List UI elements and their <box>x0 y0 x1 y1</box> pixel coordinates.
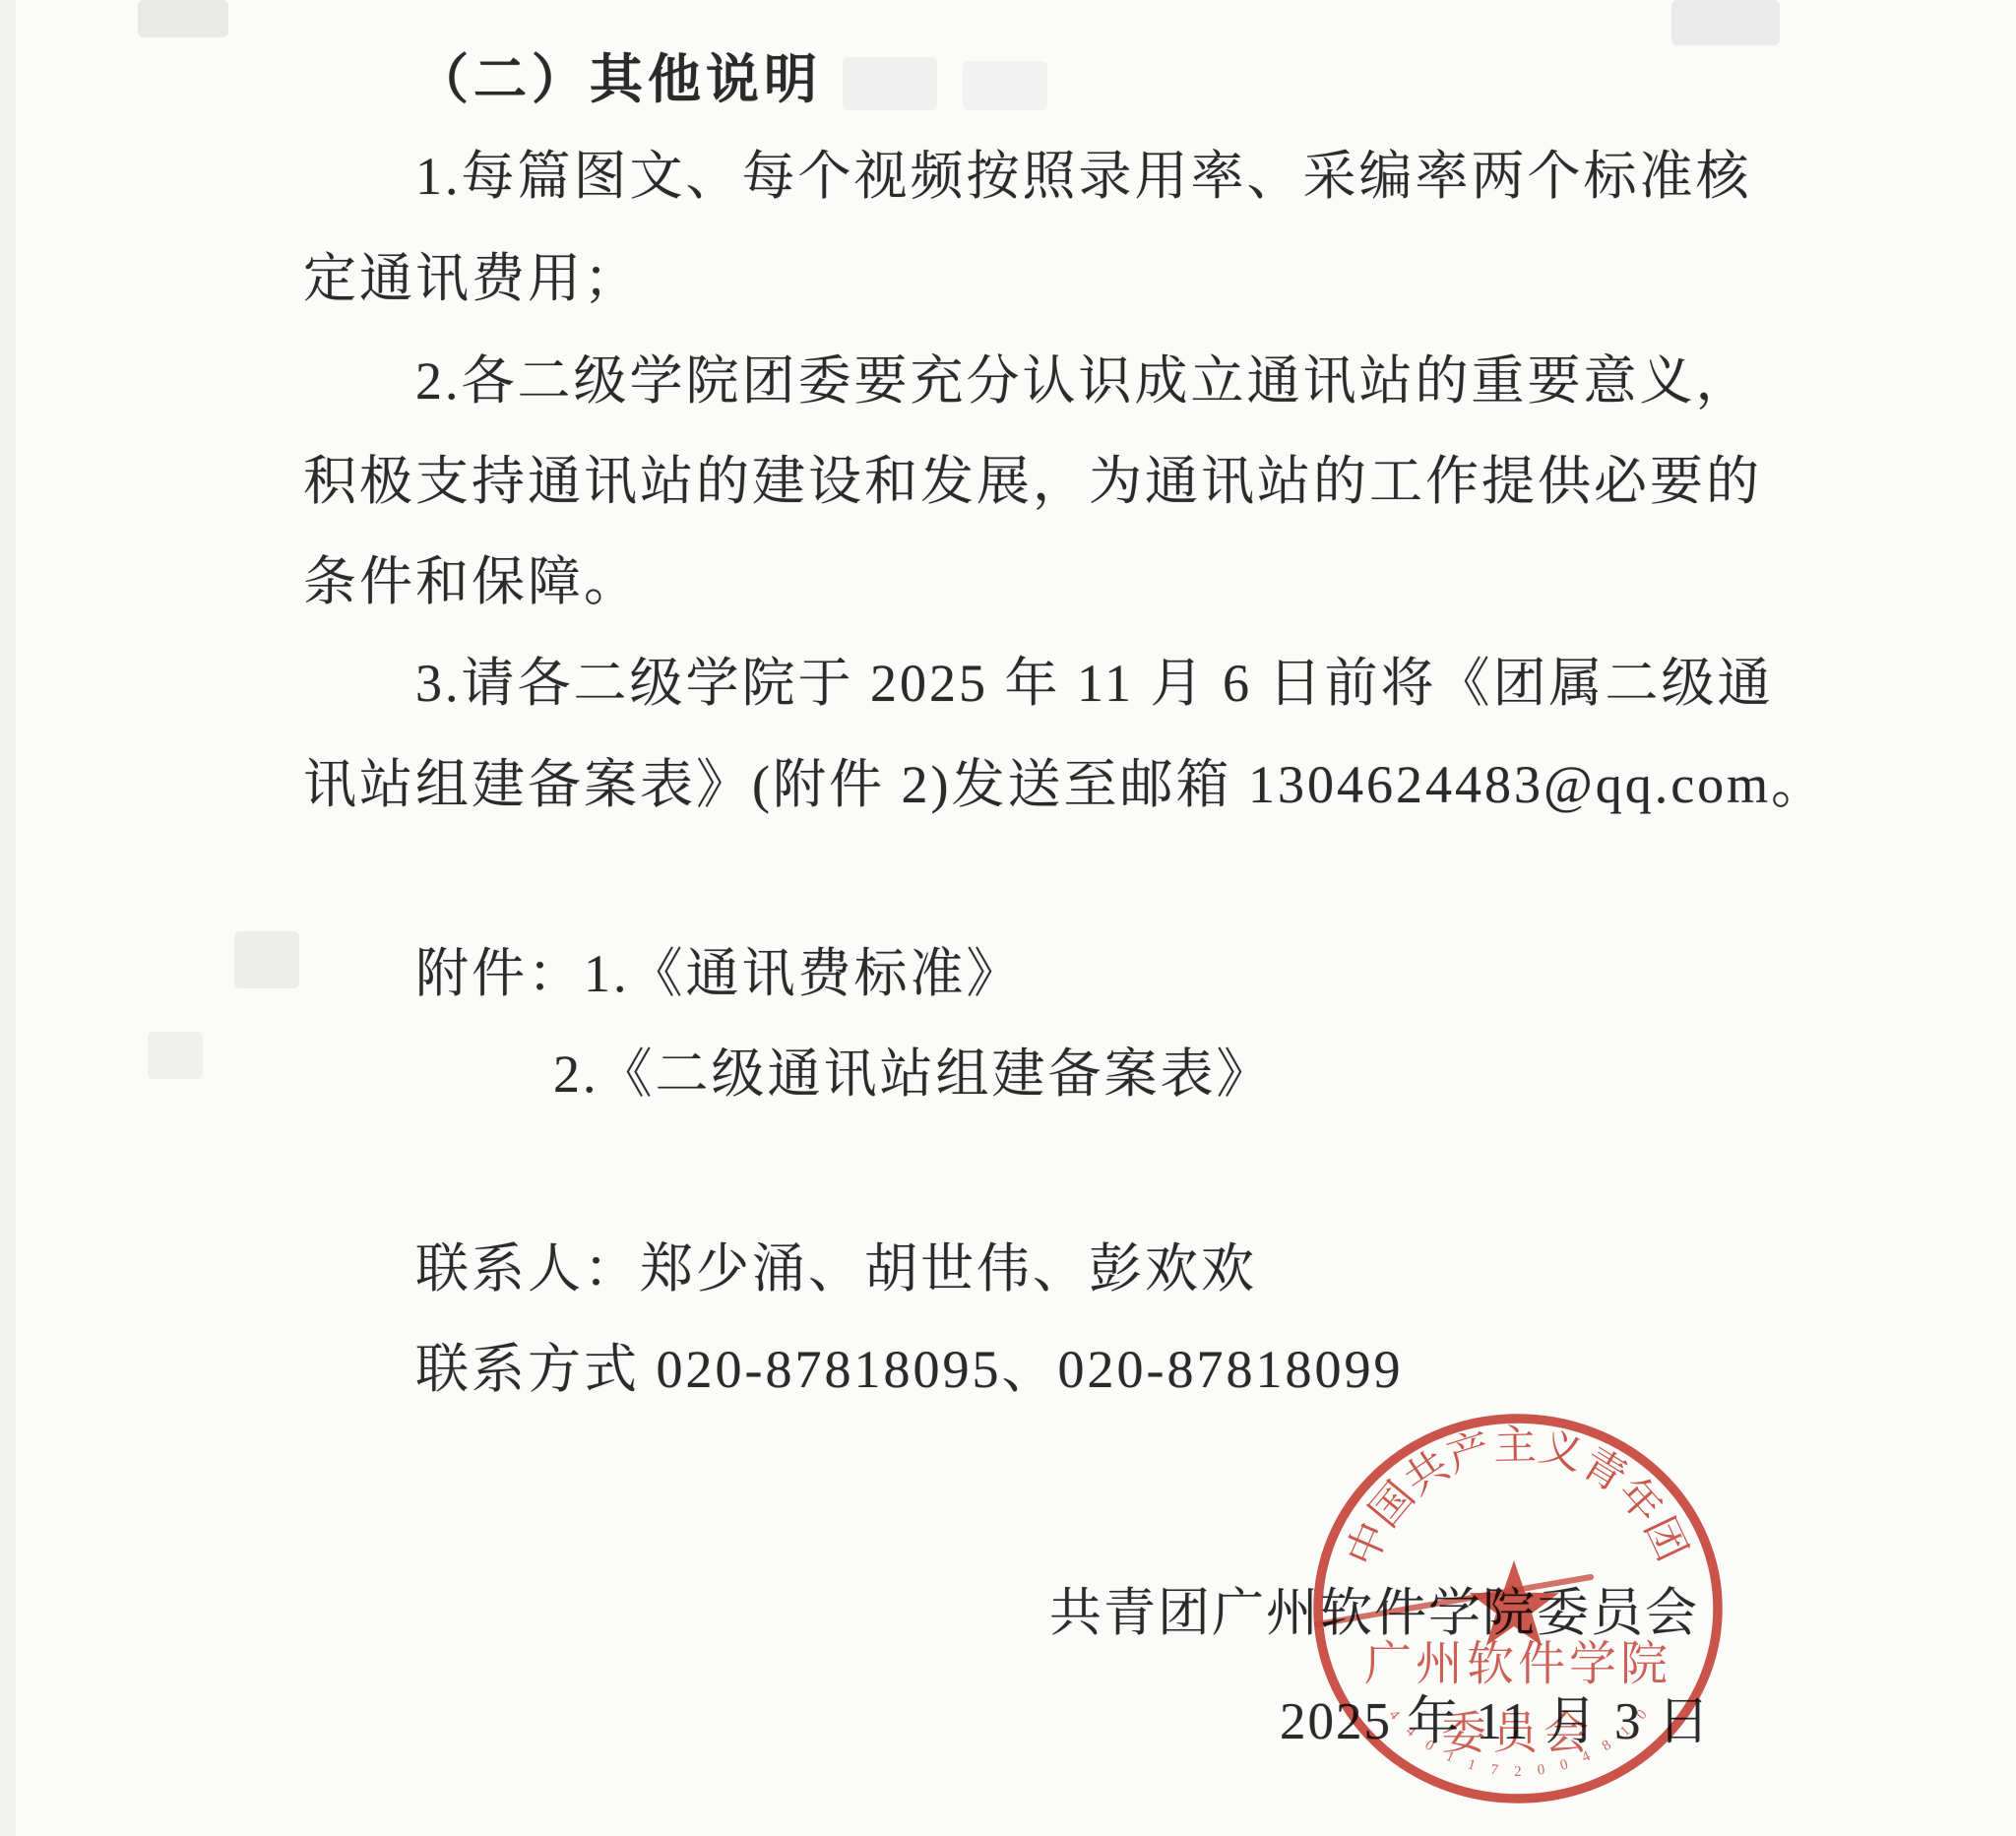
official-seal: 中国共产主义青年团 广州软件学院 委员会 4401172004810 <box>1309 1412 1727 1815</box>
para1-line2: 定通讯费用； <box>303 248 640 309</box>
para2-line3: 条件和保障。 <box>303 551 640 612</box>
para1-line1: 1.每篇图文、每个视频按照录用率、采编率两个标准核 <box>415 146 1752 207</box>
svg-text:中国共产主义青年团: 中国共产主义青年团 <box>1340 1424 1695 1573</box>
scan-artifact <box>234 931 299 988</box>
attachment-line1: 附件：1.《通讯费标准》 <box>415 943 1023 1004</box>
para2-line1: 2.各二级学院团委要充分认识成立通讯站的重要意义， <box>415 350 1752 412</box>
para2-line2: 积极支持通讯站的建设和发展，为通讯站的工作提供必要的 <box>303 451 1762 512</box>
contact-persons-line: 联系人：郑少涌、胡世伟、彭欢欢 <box>415 1238 1257 1299</box>
para3-line2: 讯站组建备案表》(附件 2)发送至邮箱 1304624483@qq.com。 <box>303 754 1827 815</box>
seal-smear-line <box>1317 1577 1591 1624</box>
attachment-line2: 2.《二级通讯站组建备案表》 <box>553 1044 1273 1105</box>
contact-phones-line: 联系方式 020-87818095、020-87818099 <box>415 1339 1403 1400</box>
seal-inner-text-1: 广州软件学院 <box>1364 1638 1671 1690</box>
scan-artifact <box>843 57 937 110</box>
para3-line1: 3.请各二级学院于 2025 年 11 月 6 日前将《团属二级通 <box>415 653 1774 714</box>
scan-artifact <box>148 1032 203 1079</box>
scan-edge-shadow <box>0 0 16 1836</box>
scan-artifact <box>138 0 228 37</box>
scanned-document-page: （二）其他说明 1.每篇图文、每个视频按照录用率、采编率两个标准核 定通讯费用；… <box>0 0 2016 1836</box>
scan-artifact <box>1671 0 1780 45</box>
section-heading: （二）其他说明 <box>415 49 822 110</box>
seal-arc-text: 中国共产主义青年团 <box>1340 1424 1695 1573</box>
scan-artifact <box>963 61 1047 110</box>
seal-star-icon <box>1469 1560 1558 1646</box>
seal-inner-text-2: 委员会 <box>1441 1708 1595 1758</box>
